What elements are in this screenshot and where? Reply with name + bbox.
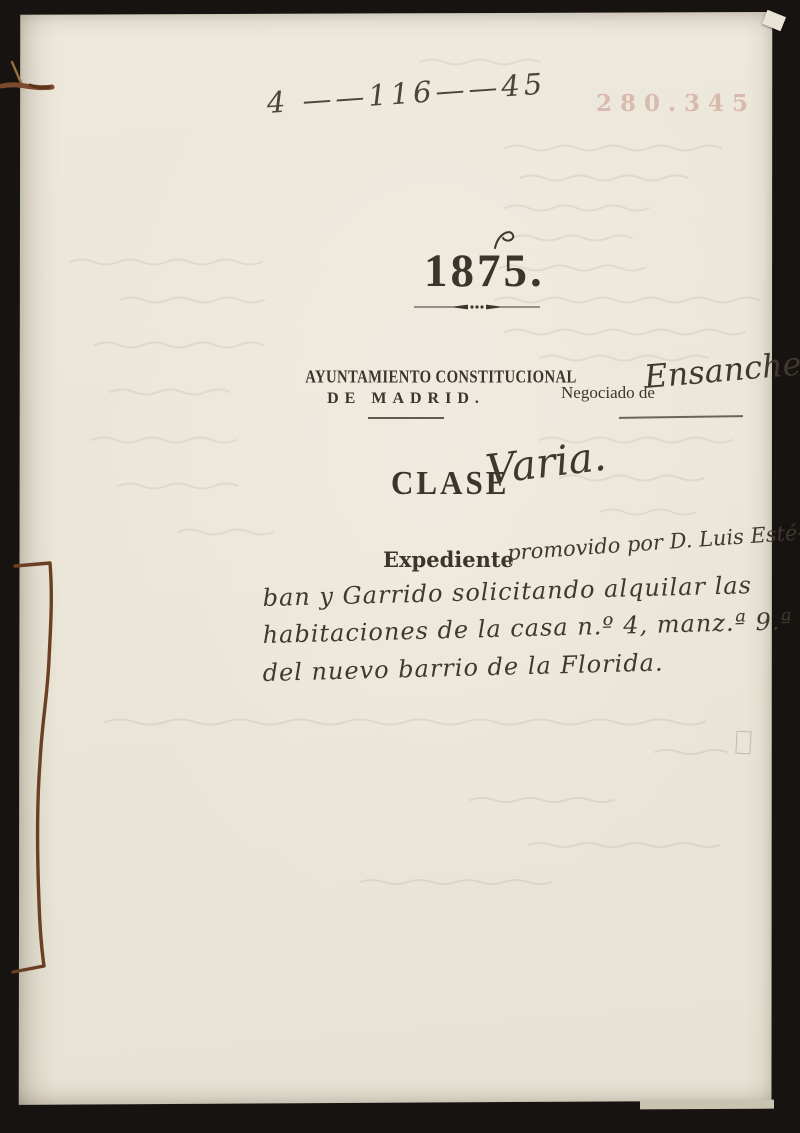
binding-thread — [0, 0, 800, 1133]
